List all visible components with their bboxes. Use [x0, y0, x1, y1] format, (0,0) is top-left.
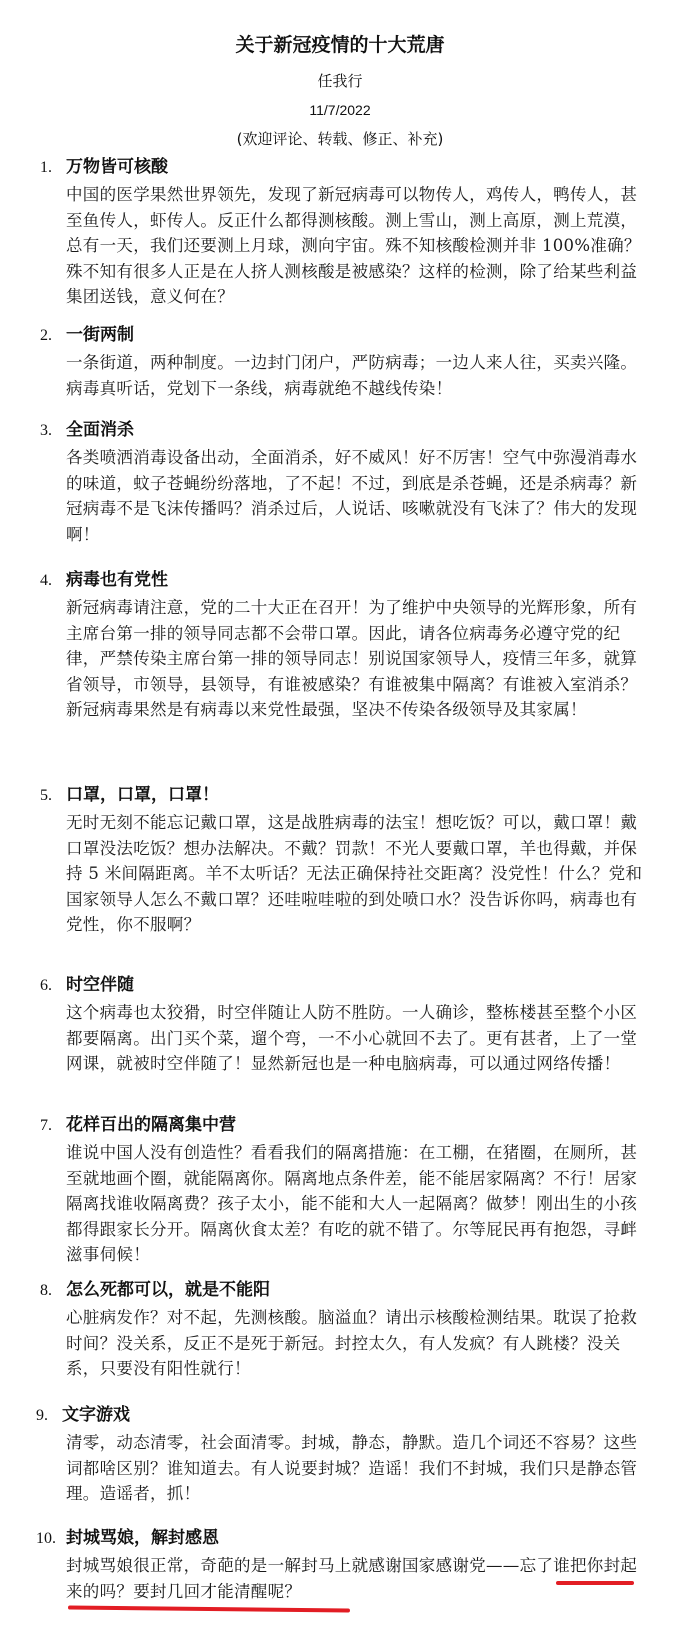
- section-number: 10.: [36, 1530, 66, 1548]
- section-title: 全面消杀: [66, 415, 134, 440]
- author-name: 任我行: [0, 70, 680, 91]
- section-3: 3.全面消杀 各类喷洒消毒设备出动，全面消杀，好不威风！好不厉害！空气中弥漫消毒…: [40, 415, 660, 547]
- section-5: 5.口罩，口罩，口罩！ 无时无刻不能忘记戴口罩，这是战胜病毒的法宝！想吃饭？可以…: [40, 780, 660, 938]
- section-body: 无时无刻不能忘记戴口罩，这是战胜病毒的法宝！想吃饭？可以，戴口罩！戴口罩没法吃饭…: [66, 810, 646, 938]
- section-number: 2.: [40, 327, 66, 345]
- section-title: 花样百出的隔离集中营: [66, 1110, 236, 1135]
- section-8: 8.怎么死都可以，就是不能阳 心脏病发作？对不起，先测核酸。脑溢血？请出示核酸检…: [40, 1275, 660, 1382]
- section-title: 封城骂娘，解封感恩: [66, 1523, 219, 1548]
- section-number: 5.: [40, 787, 66, 805]
- section-1: 1.万物皆可核酸 中国的医学果然世界领先，发现了新冠病毒可以物传人，鸡传人，鸭传…: [40, 152, 660, 310]
- document-title: 关于新冠疫情的十大荒唐: [0, 30, 680, 57]
- red-underline-mark: [68, 1606, 350, 1613]
- section-title: 时空伴随: [66, 970, 134, 995]
- section-title: 万物皆可核酸: [66, 152, 168, 177]
- section-body: 封城骂娘很正常，奇葩的是一解封马上就感谢国家感谢党——忘了谁把你封起来的吗？要封…: [66, 1553, 646, 1604]
- publish-date: 11/7/2022: [0, 102, 680, 118]
- section-body: 一条街道，两种制度。一边封门闭户，严防病毒；一边人来人往，买卖兴隆。病毒真听话，…: [66, 350, 646, 401]
- section-body: 中国的医学果然世界领先，发现了新冠病毒可以物传人，鸡传人，鸭传人，甚至鱼传人，虾…: [66, 182, 646, 310]
- section-body: 各类喷洒消毒设备出动，全面消杀，好不威风！好不厉害！空气中弥漫消毒水的味道，蚊子…: [66, 445, 646, 547]
- section-number: 6.: [40, 977, 66, 995]
- section-title: 怎么死都可以，就是不能阳: [66, 1275, 270, 1300]
- section-title: 一街两制: [66, 320, 134, 345]
- header-note: (欢迎评论、转载、修正、补充): [0, 128, 680, 149]
- section-body: 新冠病毒请注意，党的二十大正在召开！为了维护中央领导的光辉形象，所有主席台第一排…: [66, 595, 646, 723]
- section-2: 2.一街两制 一条街道，两种制度。一边封门闭户，严防病毒；一边人来人往，买卖兴隆…: [40, 320, 660, 401]
- section-6: 6.时空伴随 这个病毒也太狡猾，时空伴随让人防不胜防。一人确诊，整栋楼甚至整个小…: [40, 970, 660, 1077]
- section-number: 3.: [40, 422, 66, 440]
- section-number: 7.: [40, 1117, 66, 1135]
- section-number: 8.: [40, 1282, 66, 1300]
- section-number: 4.: [40, 572, 66, 590]
- section-9: 9.文字游戏 清零，动态清零，社会面清零。封城，静态，静默。造几个词还不容易？这…: [36, 1400, 656, 1507]
- section-10: 10.封城骂娘，解封感恩 封城骂娘很正常，奇葩的是一解封马上就感谢国家感谢党——…: [36, 1523, 656, 1604]
- section-body: 这个病毒也太狡猾，时空伴随让人防不胜防。一人确诊，整栋楼甚至整个小区都要隔离。出…: [66, 1000, 646, 1077]
- section-body: 谁说中国人没有创造性？看看我们的隔离措施：在工棚，在猪圈，在厕所，甚至就地画个圈…: [66, 1140, 646, 1268]
- section-title: 病毒也有党性: [66, 565, 168, 590]
- section-title: 文字游戏: [62, 1400, 130, 1425]
- section-body: 心脏病发作？对不起，先测核酸。脑溢血？请出示核酸检测结果。耽误了抢救时间？没关系…: [66, 1305, 646, 1382]
- section-number: 1.: [40, 159, 66, 177]
- section-body: 清零，动态清零，社会面清零。封城，静态，静默。造几个词还不容易？这些词都啥区别？…: [66, 1430, 646, 1507]
- section-title: 口罩，口罩，口罩！: [66, 780, 219, 805]
- section-4: 4.病毒也有党性 新冠病毒请注意，党的二十大正在召开！为了维护中央领导的光辉形象…: [40, 565, 660, 723]
- red-underline-mark: [556, 1581, 634, 1585]
- section-7: 7.花样百出的隔离集中营 谁说中国人没有创造性？看看我们的隔离措施：在工棚，在猪…: [40, 1110, 660, 1268]
- section-number: 9.: [36, 1407, 62, 1425]
